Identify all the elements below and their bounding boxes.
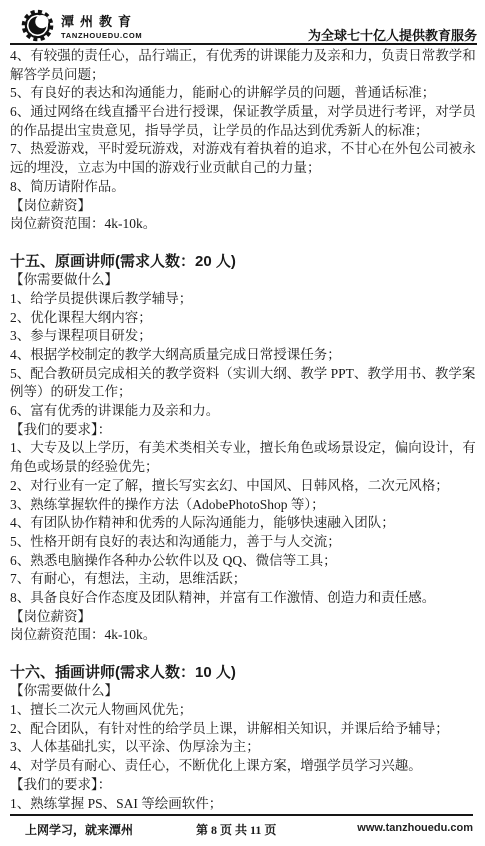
brand-domain: TANZHOUEDU.COM (61, 31, 142, 40)
text-line: 【你需要做什么】 (10, 682, 482, 701)
text-line: 1、给学员提供课后教学辅导； (10, 290, 482, 309)
page-header: 潭州教育 TANZHOUEDU.COM 为全球七十亿人提供教育服务 (20, 6, 477, 44)
text-line: 6、富有优秀的讲课能力及亲和力。 (10, 402, 482, 421)
text-line: 的作品提出宝贵意见，指导学员，让学员的作品达到优秀新人的标准； (10, 122, 482, 141)
text-line: 【我们的要求】： (10, 421, 482, 440)
text-line: 2、对行业有一定了解，擅长写实玄幻、中国风、日韩风格，二次元风格； (10, 477, 482, 496)
text-line: 5、性格开朗有良好的表达和沟通能力，善于与人交流； (10, 533, 482, 552)
text-line: 5、配合教研员完成相关的教学资料（实训大纲、教学 PPT、教学用书、教学案 (10, 365, 482, 384)
text-line: 远的埋没，立志为中国的游戏行业贡献自己的力量； (10, 159, 482, 178)
text-line: 4、对学员有耐心、责任心，不断优化上课方案，增强学员学习兴趣。 (10, 757, 482, 776)
section-heading: 十五、原画讲师(需求人数：20 人) (10, 253, 482, 272)
document-page: 潭州教育 TANZHOUEDU.COM 为全球七十亿人提供教育服务 4、有较强的… (0, 0, 485, 846)
text-line: 【你需要做什么】 (10, 271, 482, 290)
text-line: 4、有团队协作精神和优秀的人际沟通能力，能够快速融入团队； (10, 514, 482, 533)
text-line: 岗位薪资范围：4k-10k。 (10, 626, 482, 645)
text-line: 【岗位薪资】 (10, 608, 482, 627)
text-line: 【我们的要求】： (10, 776, 482, 795)
footer-divider (10, 814, 473, 816)
footer-url: www.tanzhouedu.com (357, 822, 473, 834)
text-line: 例等）的研发工作； (10, 383, 482, 402)
brand-text: 潭州教育 TANZHOUEDU.COM (61, 11, 142, 40)
text-line: 3、熟练掌握软件的操作方法（AdobePhotoShop 等）； (10, 496, 482, 515)
text-line: 1、大专及以上学历，有美术类相关专业，擅长角色或场景设定，偏向设计，有 (10, 439, 482, 458)
brand-name-cn: 潭州教育 (61, 11, 142, 30)
text-line: 5、有良好的表达和沟通能力，能耐心的讲解学员的问题，普通话标准； (10, 84, 482, 103)
text-line: 角色或场景的经验优先； (10, 458, 482, 477)
header-tagline: 为全球七十亿人提供教育服务 (308, 25, 477, 44)
page-number: 第 8 页 共 11 页 (196, 821, 276, 838)
text-line: 【岗位薪资】 (10, 197, 482, 216)
text-line: 4、根据学校制定的教学大纲高质量完成日常授课任务； (10, 346, 482, 365)
blank-line (10, 645, 482, 664)
document-body: 4、有较强的责任心，品行端正，有优秀的讲课能力及亲和力，负责日常教学和解答学员问… (10, 47, 482, 813)
page-footer: 上网学习，就来潭州 第 8 页 共 11 页 www.tanzhouedu.co… (0, 819, 485, 839)
text-line: 6、通过网络在线直播平台进行授课，保证教学质量，对学员进行考评，对学员 (10, 103, 482, 122)
gear-crescent-icon (20, 8, 55, 43)
header-divider (10, 43, 477, 45)
section-heading: 十六、插画讲师(需求人数：10 人) (10, 664, 482, 683)
text-line: 7、热爱游戏，平时爱玩游戏，对游戏有着执着的追求，不甘心在外包公司被永 (10, 140, 482, 159)
text-line: 3、人体基础扎实，以平涂、伪厚涂为主； (10, 738, 482, 757)
text-line: 6、熟悉电脑操作各种办公软件以及 QQ、微信等工具； (10, 552, 482, 571)
text-line: 8、简历请附作品。 (10, 178, 482, 197)
text-line: 1、擅长二次元人物画风优先； (10, 701, 482, 720)
text-line: 岗位薪资范围：4k-10k。 (10, 215, 482, 234)
text-line: 解答学员问题； (10, 66, 482, 85)
text-line: 3、参与课程项目研发； (10, 327, 482, 346)
text-line: 8、具备良好合作态度及团队精神，并富有工作激情、创造力和责任感。 (10, 589, 482, 608)
brand-logo: 潭州教育 TANZHOUEDU.COM (20, 8, 142, 43)
text-line: 7、有耐心，有想法，主动，思维活跃； (10, 570, 482, 589)
text-line: 2、优化课程大纲内容； (10, 309, 482, 328)
footer-slogan: 上网学习，就来潭州 (25, 821, 133, 838)
blank-line (10, 234, 482, 253)
text-line: 1、熟练掌握 PS、SAI 等绘画软件； (10, 795, 482, 814)
text-line: 4、有较强的责任心，品行端正，有优秀的讲课能力及亲和力，负责日常教学和 (10, 47, 482, 66)
text-line: 2、配合团队，有针对性的给学员上课，讲解相关知识，并课后给予辅导； (10, 720, 482, 739)
